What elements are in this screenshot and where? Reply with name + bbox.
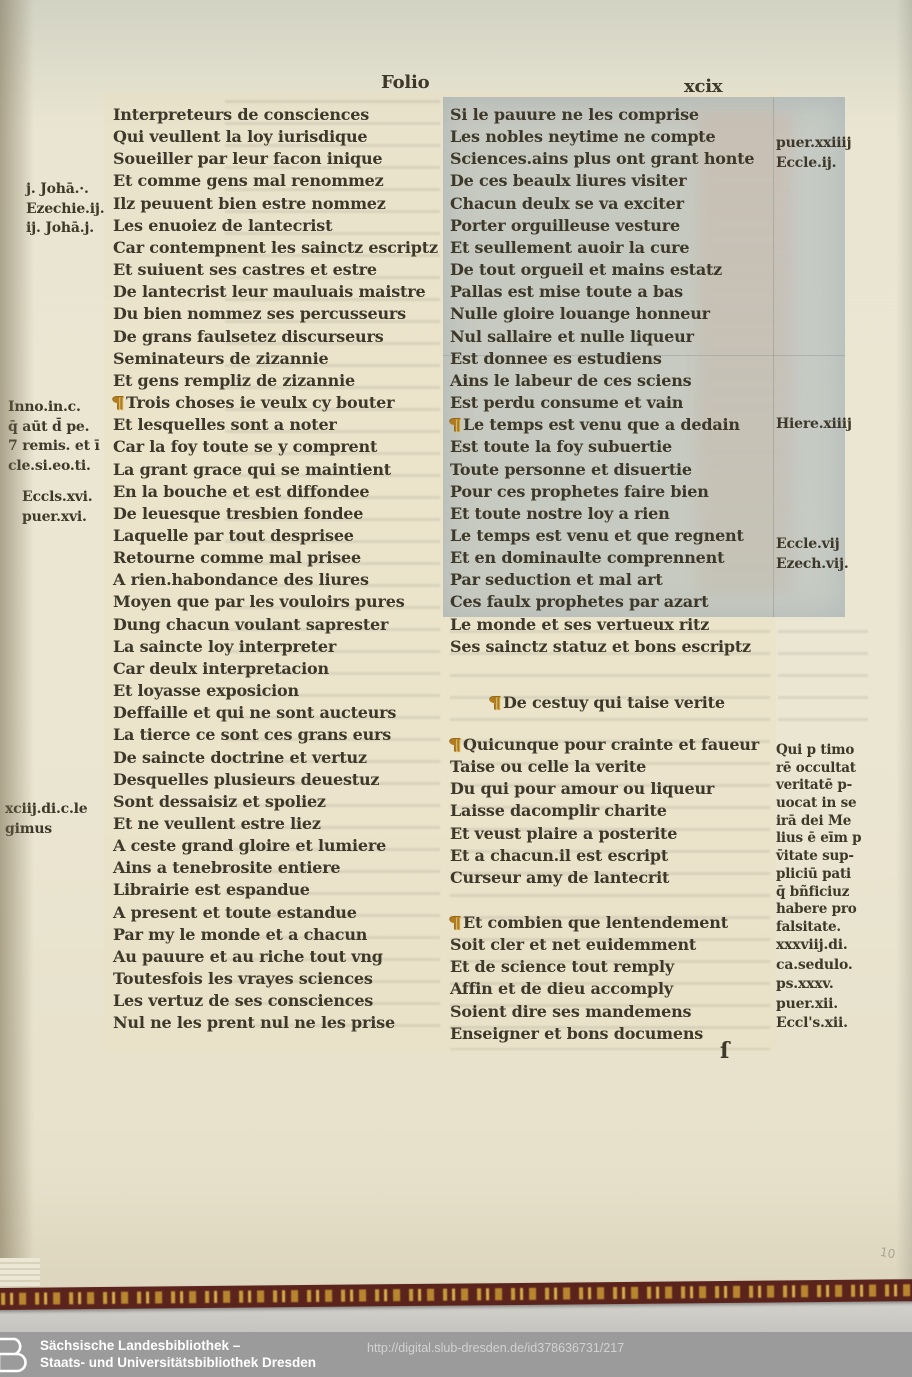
margin-note-line: Qui p timo	[776, 742, 861, 760]
page-block-edges	[0, 1258, 40, 1288]
verse-line: Dung chacun voulant saprester	[113, 614, 438, 636]
margin-note-right-5: xxxviij.di.ca.sedulo.ps.xxxv.puer.xii.Ec…	[776, 936, 853, 1034]
verse-line: Pour ces prophetes faire bien	[450, 481, 754, 503]
gold-pilcrow-icon: ¶	[448, 414, 461, 436]
verse-line: Et ne veullent estre liez	[113, 813, 438, 835]
verse-line: En la bouche et est diffondee	[113, 481, 438, 503]
margin-note-right-1: puer.xxiiijEccle.ij.	[776, 134, 851, 173]
gold-tooling-ornament	[0, 1284, 912, 1305]
verse-line: Et a chacun.il est escript	[450, 845, 759, 867]
margin-note-line: Ezech.vij.	[776, 555, 849, 575]
verse-line: Soient dire ses mandemens	[450, 1001, 728, 1023]
verse-line: Ilz peuuent bien estre nommez	[113, 193, 438, 215]
verse-line: Deffaille et qui ne sont aucteurs	[113, 702, 438, 724]
verse-line: Et de science tout remply	[450, 956, 728, 978]
verse-line: De lantecrist leur mauluais maistre	[113, 281, 438, 303]
margin-note-left-1: j. Johā.·.Ezechie.ij.ij. Johā.j.	[26, 180, 104, 239]
margin-note-line: pliciū pati	[776, 866, 861, 884]
verse-line: Soit cler et net euidemment	[450, 934, 728, 956]
heading-line: ¶De cestuy qui taise verite	[490, 692, 725, 714]
verse-line: Est perdu consume et vain	[450, 392, 754, 414]
verse-line: Laisse dacomplir charite	[450, 800, 759, 822]
verse-line: Et gens rempliz de zizannie	[113, 370, 438, 392]
library-name-line2: Staats- und Universitätsbibliothek Dresd…	[40, 1354, 316, 1371]
verse-line: Enseigner et bons documens	[450, 1023, 728, 1045]
margin-note-line: Ezechie.ij.	[26, 200, 104, 220]
manuscript-page-scan: Folio xcix Interpreteurs de consciencesQ…	[0, 0, 912, 1377]
verse-line: Car contempnent les sainctz escriptz	[113, 237, 438, 259]
verse-line: Librairie est espandue	[113, 879, 438, 901]
pencil-foliation: 10	[879, 1245, 896, 1261]
slub-logo-icon	[0, 1337, 29, 1373]
verse-line: Nul ne les prent nul ne les prise	[113, 1012, 438, 1034]
margin-note-line: ca.sedulo.	[776, 956, 853, 976]
verse-line: Si le pauure ne les comprise	[450, 104, 754, 126]
running-header-folio: Folio	[381, 72, 429, 93]
verse-line: Taise ou celle la verite	[450, 756, 759, 778]
bleedthrough-texture	[778, 630, 868, 740]
verse-line: La tierce ce sont ces grans eurs	[113, 724, 438, 746]
margin-note-line: Eccl's.xii.	[776, 1014, 853, 1034]
margin-note-line: falsitate.	[776, 919, 861, 937]
margin-note-right-3: Eccle.vijEzech.vij.	[776, 535, 849, 574]
verse-line: ¶Trois choses ie veulx cy bouter	[113, 392, 438, 414]
verse-line: Retourne comme mal prisee	[113, 547, 438, 569]
verse-line: Et comme gens mal renommez	[113, 170, 438, 192]
gold-pilcrow-icon: ¶	[111, 392, 124, 414]
margin-note-line: j. Johā.·.	[26, 180, 104, 200]
margin-note-line: veritatē p-	[776, 777, 861, 795]
margin-note-line: v̄itate sup-	[776, 848, 861, 866]
verse-line: Et toute nostre loy a rien	[450, 503, 754, 525]
section-heading: ¶De cestuy qui taise verite	[490, 692, 725, 714]
verse-line: Nulle gloire louange honneur	[450, 303, 754, 325]
verse-line: Interpreteurs de consciences	[113, 104, 438, 126]
left-text-column: Interpreteurs de consciencesQui veullent…	[113, 104, 438, 1035]
verse-line: A present et toute estandue	[113, 902, 438, 924]
margin-note-line: uocat in se	[776, 795, 861, 813]
verse-line: Pallas est mise toute a bas	[450, 281, 754, 303]
verse-line: Les enuoiez de lantecrist	[113, 215, 438, 237]
margin-note-line: ps.xxxv.	[776, 975, 853, 995]
right-text-column-block2: ¶Quicunque pour crainte et faueurTaise o…	[450, 734, 759, 889]
verse-line: Car la foy toute se y comprent	[113, 436, 438, 458]
verse-line: Par my le monde et a chacun	[113, 924, 438, 946]
verse-line: Curseur amy de lantecrit	[450, 867, 759, 889]
verse-line: De ces beaulx liures visiter	[450, 170, 754, 192]
verse-line: Est donnee es estudiens	[450, 348, 754, 370]
margin-note-line: Hiere.xiiij	[776, 415, 852, 435]
margin-note-line: lius ē eīm p	[776, 830, 861, 848]
margin-note-right-2: Hiere.xiiij	[776, 415, 852, 435]
verse-line: De grans faulsetez discurseurs	[113, 326, 438, 348]
verse-line: Ses sainctz statuz et bons escriptz	[450, 636, 754, 658]
catchword: ſ	[720, 1038, 729, 1064]
margin-note-line: puer.xxiiij	[776, 134, 851, 154]
verse-line: Toute personne et disuertie	[450, 459, 754, 481]
gold-pilcrow-icon: ¶	[448, 734, 461, 756]
margin-note-line: Eccle.ij.	[776, 154, 851, 174]
right-text-column-block3: ¶Et combien que lentendementSoit cler et…	[450, 912, 728, 1045]
library-name: Sächsische Landesbibliothek – Staats- un…	[40, 1337, 316, 1371]
verse-line: De saincte doctrine et vertuz	[113, 747, 438, 769]
right-text-column-block1: Si le pauure ne les compriseLes nobles n…	[450, 104, 754, 658]
verse-line: Nul sallaire et nulle liqueur	[450, 326, 754, 348]
verse-line: Du bien nommez ses percusseurs	[113, 303, 438, 325]
verse-line: Ces faulx prophetes par azart	[450, 591, 754, 613]
verse-line: La saincte loy interpreter	[113, 636, 438, 658]
verse-line: Par seduction et mal art	[450, 569, 754, 591]
verse-line: Et veust plaire a posterite	[450, 823, 759, 845]
margin-note-line: puer.xii.	[776, 995, 853, 1015]
verse-line: De tout orgueil et mains estatz	[450, 259, 754, 281]
gold-pilcrow-icon: ¶	[488, 692, 501, 714]
margin-note-line: rē occultat	[776, 760, 861, 778]
verse-line: ¶Le temps est venu que a dedain	[450, 414, 754, 436]
verse-line: ¶Quicunque pour crainte et faueur	[450, 734, 759, 756]
verse-line: Les vertuz de ses consciences	[113, 990, 438, 1012]
library-name-line1: Sächsische Landesbibliothek –	[40, 1337, 316, 1354]
gold-pilcrow-icon: ¶	[448, 912, 461, 934]
verse-line: Et en dominaulte comprennent	[450, 547, 754, 569]
verse-line: Soueiller par leur facon inique	[113, 148, 438, 170]
verse-line: Le monde et ses vertueux ritz	[450, 614, 754, 636]
library-footer-bar: Sächsische Landesbibliothek – Staats- un…	[0, 1332, 912, 1377]
verse-line: A ceste grand gloire et lumiere	[113, 835, 438, 857]
verse-line: Chacun deulx se va exciter	[450, 193, 754, 215]
verse-line: Toutesfois les vrayes sciences	[113, 968, 438, 990]
margin-note-line: habere pro	[776, 901, 861, 919]
verse-line: Le temps est venu et que regnent	[450, 525, 754, 547]
verse-line: Car deulx interpretacion	[113, 658, 438, 680]
verse-line: Sciences.ains plus ont grant honte	[450, 148, 754, 170]
gutter-shadow	[0, 0, 34, 1292]
verse-line: Et loyasse exposicion	[113, 680, 438, 702]
verse-line: La grant grace qui se maintient	[113, 459, 438, 481]
margin-note-line: irā dei Me	[776, 813, 861, 831]
verse-line: Sont dessaisiz et spoliez	[113, 791, 438, 813]
margin-note-line: q̄ bñficiuz	[776, 884, 861, 902]
margin-note-line: xxxviij.di.	[776, 936, 853, 956]
margin-note-right-latin: Qui p timorē occultatveritatē p-uocat in…	[776, 742, 861, 937]
verse-line: A rien.habondance des liures	[113, 569, 438, 591]
verse-line: Affin et de dieu accomply	[450, 978, 728, 1000]
verse-line: De leuesque tresbien fondee	[113, 503, 438, 525]
verse-line: Et seullement auoir la cure	[450, 237, 754, 259]
verse-line: Desquelles plusieurs deuestuz	[113, 769, 438, 791]
verse-line: Est toute la foy subuertie	[450, 436, 754, 458]
verse-line: Et lesquelles sont a noter	[113, 414, 438, 436]
margin-note-line: ij. Johā.j.	[26, 219, 104, 239]
verse-line: Qui veullent la loy iurisdique	[113, 126, 438, 148]
verse-line: Du qui pour amour ou liqueur	[450, 778, 759, 800]
verse-line: Laquelle par tout desprisee	[113, 525, 438, 547]
verse-line: Et suiuent ses castres et estre	[113, 259, 438, 281]
digital-source-url: http://digital.slub-dresden.de/id3786367…	[367, 1341, 624, 1355]
parchment-page: Folio xcix Interpreteurs de consciencesQ…	[0, 0, 912, 1292]
verse-line: Ains a tenebrosite entiere	[113, 857, 438, 879]
running-header-folio-number: xcix	[684, 76, 722, 97]
verse-line: Porter orguilleuse vesture	[450, 215, 754, 237]
page-right-edge-shadow	[896, 0, 912, 1292]
verse-line: Les nobles neytime ne compte	[450, 126, 754, 148]
margin-note-line: Eccle.vij	[776, 535, 849, 555]
verse-line: Ains le labeur de ces sciens	[450, 370, 754, 392]
bleedthrough-seam	[773, 97, 774, 617]
verse-line: ¶Et combien que lentendement	[450, 912, 728, 934]
verse-line: Seminateurs de zizannie	[113, 348, 438, 370]
verse-line: Moyen que par les vouloirs pures	[113, 591, 438, 613]
verse-line: Au pauure et au riche tout vng	[113, 946, 438, 968]
